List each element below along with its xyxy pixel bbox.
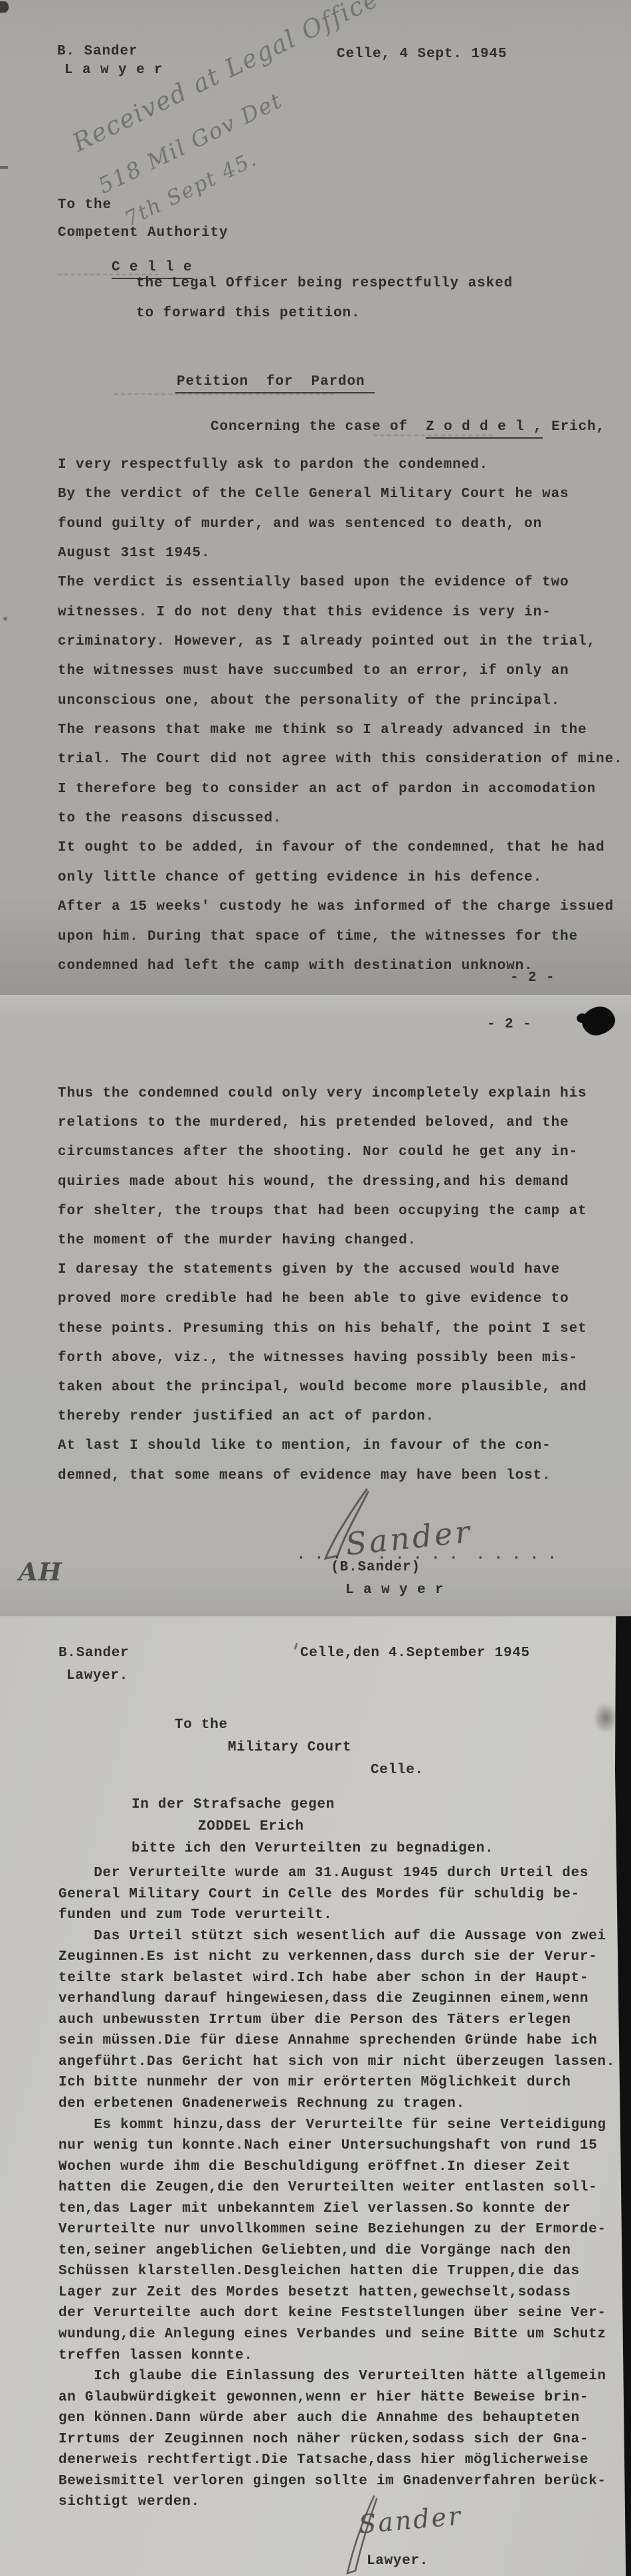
- typed-line: Wochen wurde ihm die Beschuldigung eröff…: [58, 2157, 615, 2178]
- page-number: - 2 -: [487, 1017, 532, 1032]
- typed-line: I very respectfully ask to pardon the co…: [58, 451, 623, 480]
- dateline: Celle,den 4.September 1945: [300, 1646, 530, 1661]
- typed-line: ten,seiner angeblichen Geliebten,und die…: [58, 2240, 615, 2262]
- typed-line: Schüssen klarstellen.Desgleichen hatten …: [58, 2261, 615, 2282]
- case-request: bitte ich den Verurteilten zu begnadigen…: [132, 1841, 494, 1856]
- typed-line: I daresay the statements given by the ac…: [58, 1255, 587, 1285]
- addressee-city: Celle.: [371, 1763, 424, 1778]
- edge-smudge: [593, 1703, 618, 1733]
- typed-line: The verdict is essentially based upon th…: [58, 568, 623, 597]
- typed-line: trial. The Court did not agree with this…: [58, 745, 623, 774]
- typed-line: ten,das Lager mit unbekanntem Ziel verla…: [58, 2199, 615, 2220]
- signature-title: Lawyer.: [367, 2553, 428, 2569]
- typed-line: quiries made about his wound, the dressi…: [58, 1168, 587, 1197]
- typed-line: verhandlung darauf hingewiesen,dass die …: [58, 1988, 615, 2010]
- typed-line: den erbetenen Gnadenerweis Rechnung zu t…: [58, 2093, 615, 2115]
- forwarding-request: the Legal Officer being respectfully ask…: [136, 268, 513, 328]
- typed-line: teilte stark belastet wird.Ich habe aber…: [58, 1968, 615, 1989]
- petition-title: Petition for Pardon: [122, 359, 375, 405]
- typed-line: Ich glaube die Einlassung des Verurteilt…: [58, 2366, 615, 2387]
- petition-body-page2: Thus the condemned could only very incom…: [58, 1079, 587, 1491]
- addressee-to: To the: [175, 1717, 228, 1733]
- typed-line: At last I should like to mention, in fav…: [58, 1432, 587, 1461]
- typed-line: thereby render justified an act of pardo…: [58, 1402, 587, 1432]
- typed-line: August 31st 1945.: [58, 539, 623, 568]
- typed-line: The reasons that make me think so I alre…: [58, 716, 623, 745]
- ink-blot: [579, 1004, 618, 1039]
- typed-line: taken about the principal, would become …: [58, 1373, 587, 1402]
- subject-line: Concerning the case of Z o d d e l , Eri…: [157, 404, 605, 450]
- address-line: Competent Authority: [58, 219, 228, 247]
- forwarding-line: the Legal Officer being respectfully ask…: [136, 268, 513, 298]
- scan-artifact-left-dot: [3, 617, 7, 621]
- scan-artifact-corner: [0, 1, 9, 13]
- sender-name: B. Sander: [57, 44, 138, 59]
- typed-line: to the reasons discussed.: [58, 804, 623, 833]
- ghost-underline-title: [114, 393, 333, 395]
- typed-line: auch unbewussten Irrtum über die Person …: [58, 2010, 615, 2031]
- typed-line: Ich bitte nunmehr der von mir erörterten…: [58, 2072, 615, 2093]
- typed-line: Lager zur Zeit des Mordes besetzt hatten…: [58, 2282, 615, 2304]
- margin-initials: AH: [19, 1557, 62, 1586]
- typed-line: upon him. During that space of time, the…: [58, 922, 623, 952]
- page-2-english-continuation: - 2 - Thus the condemned could only very…: [0, 995, 631, 1616]
- typed-line: hatten die Zeugen,die den Verurteilten w…: [58, 2177, 615, 2199]
- petition-title-text: Petition for Pardon: [175, 374, 375, 393]
- typed-line: I therefore beg to consider an act of pa…: [58, 775, 623, 804]
- addressee-court: Military Court: [228, 1740, 351, 1755]
- address-block: To theCompetent Authority: [58, 191, 228, 247]
- page-number-forward-ref: - 2 -: [510, 970, 555, 986]
- forwarding-line: to forward this petition.: [136, 298, 513, 328]
- typed-line: Zeuginnen.Es ist nicht zu verkennen,dass…: [58, 1947, 615, 1968]
- typed-line: nur wenig tun konnte.Nach einer Untersuc…: [58, 2135, 615, 2157]
- subject-suffix: Erich,: [543, 419, 606, 435]
- typed-line: criminatory. However, as I already point…: [58, 627, 623, 657]
- typed-line: for shelter, the troups that had been oc…: [58, 1197, 587, 1226]
- typed-line: It ought to be added, in favour of the c…: [58, 833, 623, 863]
- typed-line: der Verurteilte auch dort keine Feststel…: [58, 2303, 615, 2324]
- scan-artifact-left-dash: [0, 166, 8, 169]
- typed-line: unconscious one, about the personality o…: [58, 687, 623, 716]
- signature-name: (B.Sander): [331, 1560, 420, 1575]
- address-line: To the: [58, 191, 228, 219]
- typed-line: funden und zum Tode verurteilt.: [58, 1905, 615, 1926]
- typed-line: forth above, viz., the witnesses having …: [58, 1344, 587, 1373]
- typed-line: Es kommt hinzu,dass der Verurteilte für …: [58, 2115, 615, 2136]
- sender-title: Lawyer.: [66, 1668, 128, 1683]
- typed-line: After a 15 weeks' custody he was informe…: [58, 893, 623, 922]
- typed-line: the witnesses must have succumbed to an …: [58, 657, 623, 686]
- typed-line: an Glaubwürdigkeit gewonnen,wenn er hier…: [58, 2387, 615, 2409]
- typed-line: denerweis rechtfertigt.Die Tatsache,dass…: [58, 2450, 615, 2471]
- sender-name: B.Sander: [58, 1646, 129, 1661]
- case-intro: In der Strafsache gegen: [132, 1797, 335, 1812]
- typed-line: these points. Presuming this on his beha…: [58, 1315, 587, 1344]
- typed-line: Das Urteil stützt sich wesentlich auf di…: [58, 1926, 615, 1947]
- typed-line: General Military Court in Celle des Mord…: [58, 1884, 615, 1905]
- scanned-petition-document: B. Sander L a w y e r Celle, 4 Sept. 194…: [0, 0, 631, 2576]
- typed-line: wundung,die Anlegung eines Verbandes und…: [58, 2324, 615, 2345]
- typed-line: only little chance of getting evidence i…: [58, 863, 623, 893]
- typed-line: Irrtums der Zeuginnen noch näher rücken,…: [58, 2429, 615, 2450]
- petition-body-page1: I very respectfully ask to pardon the co…: [58, 451, 623, 981]
- typed-line: found guilty of murder, and was sentence…: [58, 510, 623, 539]
- typed-line: angeführt.Das Gericht hat sich von mir n…: [58, 2052, 615, 2073]
- typed-line: By the verdict of the Celle General Mili…: [58, 480, 623, 509]
- page-1-english-petition: B. Sander L a w y e r Celle, 4 Sept. 194…: [0, 0, 631, 995]
- typed-line: sein müssen.Die für diese Annahme sprech…: [58, 2030, 615, 2052]
- typed-line: witnesses. I do not deny that this evide…: [58, 598, 623, 627]
- typed-line: Verurteilte nur unvollkommen seine Bezie…: [58, 2219, 615, 2240]
- typed-line: the moment of the murder having changed.: [58, 1226, 587, 1255]
- page-3-german-petition: B.Sander Lawyer. Celle,den 4.September 1…: [0, 1616, 631, 2576]
- typed-line: Der Verurteilte wurde am 31.August 1945 …: [58, 1863, 615, 1884]
- subject-prefix: Concerning the case of: [211, 419, 426, 435]
- case-defendant: ZODDEL Erich: [198, 1819, 304, 1834]
- typed-line: proved more credible had he been able to…: [58, 1285, 587, 1314]
- typed-line: gen können.Dann würde aber auch die Anna…: [58, 2408, 615, 2429]
- typed-line: circumstances after the shooting. Nor co…: [58, 1138, 587, 1167]
- typed-line: treffen lassen konnte.: [58, 2345, 615, 2367]
- typed-line: Thus the condemned could only very incom…: [58, 1079, 587, 1109]
- petition-body-german: Der Verurteilte wurde am 31.August 1945 …: [58, 1863, 615, 2513]
- signature-title: L a w y e r: [345, 1582, 444, 1598]
- ghost-underline-subject: [373, 435, 493, 436]
- typed-line: relations to the murdered, his pretended…: [58, 1109, 587, 1138]
- sender-title: L a w y e r: [64, 62, 163, 78]
- dateline: Celle, 4 Sept. 1945: [337, 47, 507, 62]
- stray-tick: [294, 1643, 298, 1650]
- typed-line: Beweismittel verloren gingen sollte im G…: [58, 2471, 615, 2492]
